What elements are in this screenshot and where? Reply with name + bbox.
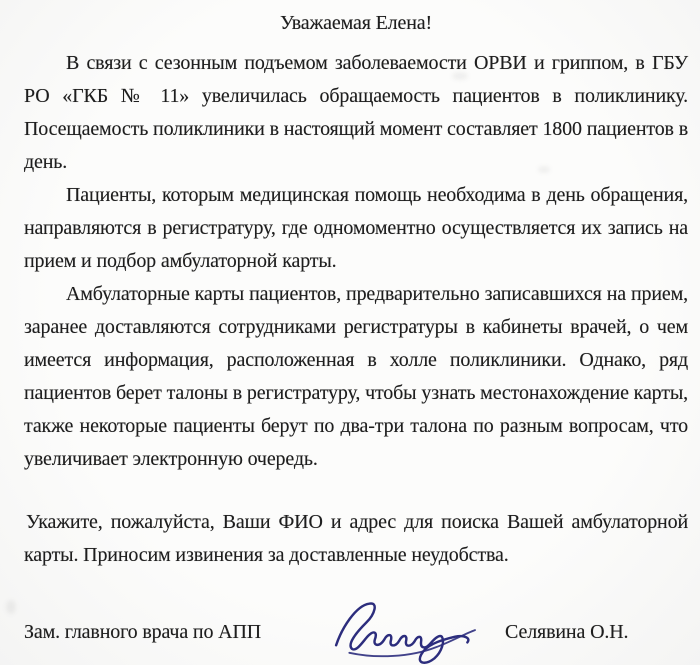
scan-smudge xyxy=(6,600,16,614)
signer-name: Селявина О.Н. xyxy=(505,616,628,649)
letter-page: Уважаемая Елена! В связи с сезонным подъ… xyxy=(0,0,700,665)
paragraph-3: Амбулаторные карты пациентов, предварите… xyxy=(24,278,688,476)
signer-position: Зам. главного врача по АПП xyxy=(24,616,261,649)
signature-icon xyxy=(327,598,485,665)
paragraph-2: Пациенты, которым медицинская помощь нео… xyxy=(24,179,688,278)
signature-block: Зам. главного врача по АПП Селявина О.Н. xyxy=(24,598,688,665)
salutation: Уважаемая Елена! xyxy=(24,6,688,40)
request-paragraph: Укажите, пожалуйста, Ваши ФИО и адрес дл… xyxy=(24,506,688,572)
paragraph-1: В связи с сезонным подъемом заболеваемос… xyxy=(24,47,688,179)
